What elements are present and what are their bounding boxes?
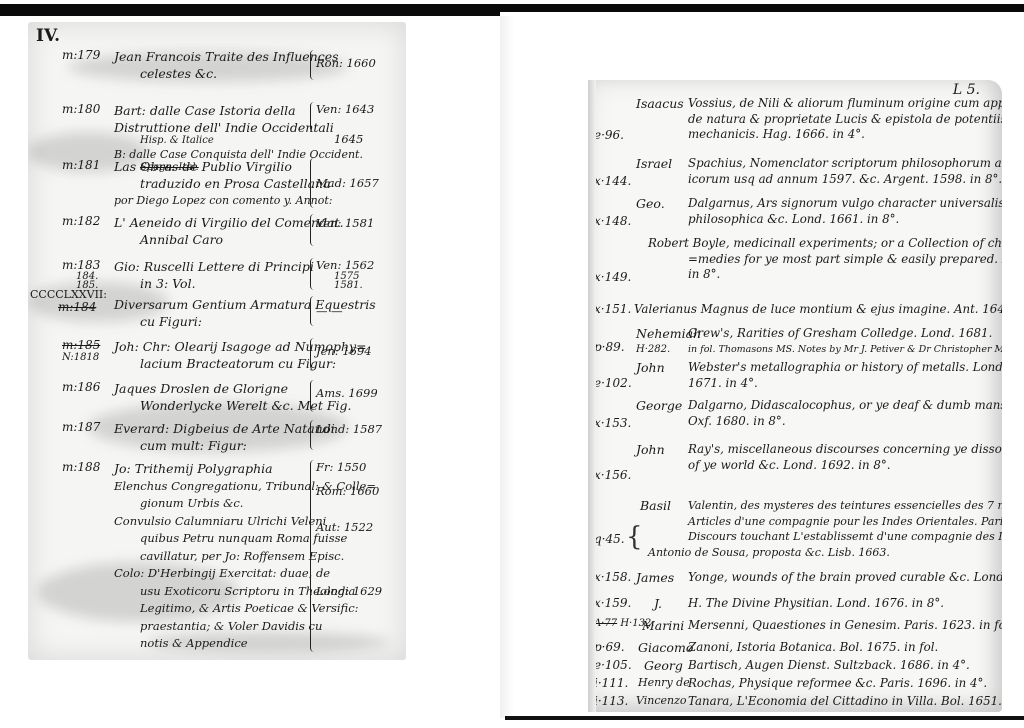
entry-title: Mersenni, Quaestiones in Genesim. Paris.… [688, 618, 998, 634]
entry-title: Grew's, Rarities of Gresham Colledge. Lo… [688, 326, 998, 357]
imprint: — — [316, 304, 343, 318]
scan-border-top-left [0, 4, 500, 16]
entry-title: Rochas, Physique reformee &c. Paris. 169… [688, 676, 998, 692]
entry-title: Vossius, de Nili & aliorum fluminum orig… [688, 96, 998, 143]
author-forename: John [636, 360, 665, 375]
entry-title: Jaques Droslen de Glorigne Wonderlycke W… [114, 380, 336, 414]
struck-shelfmark: A·77 [594, 618, 617, 629]
author-forename: Isaacus [636, 96, 684, 111]
folio-number: IV. [36, 26, 60, 46]
shelfmark: q·45. [594, 532, 625, 546]
author-name: Robert Boyle, [648, 236, 730, 250]
imprint: Ron: 1660 [316, 56, 376, 70]
imprint: Ven: 1643 [316, 102, 374, 116]
shelfmark: x·144. [594, 174, 631, 188]
shelfmark: x·148. [594, 214, 631, 228]
scan-border-bottom-right [505, 716, 1024, 720]
imprint: Lond: 1629 [316, 584, 382, 598]
shelfmark: x·149. [594, 270, 631, 284]
entry-title: Robert Boyle, medicinall experiments; or… [648, 236, 958, 283]
entry-title: Valerianus Magnus de luce montium & ejus… [634, 302, 944, 318]
shelfmark: x·153. [594, 416, 631, 430]
shelfmark: p·69. [594, 640, 625, 654]
entry-title: H. The Divine Physitian. Lond. 1676. in … [688, 596, 998, 612]
imprint: Mad: 1657 [316, 176, 379, 190]
author-forename: Vincenzo [636, 694, 687, 707]
shelfmark: m:185 [62, 338, 100, 352]
entry-title: Jean Francois Traite des Influences cele… [114, 48, 336, 82]
author-forename: Giacomo [638, 640, 693, 655]
shelfmark: i·111. [594, 676, 628, 690]
author-forename: Henry de [638, 676, 690, 689]
author-forename: Geo. [636, 196, 665, 211]
page-edge-shadow [588, 80, 596, 712]
shelfmark-secondary: H·282. [636, 344, 670, 355]
entry-title: Las Obras de Publio Virgilio traduzido e… [114, 158, 336, 209]
author-forename: Basil [640, 498, 671, 513]
shelfmark: m:181 [62, 158, 100, 172]
imprint: Aut: 1522 [316, 520, 373, 534]
author-forename: John [636, 442, 665, 457]
entry-title: Tanara, L'Economia del Cittadino in Vill… [688, 694, 998, 710]
shelfmark: i·113. [594, 694, 628, 708]
shelfmark: m:182 [62, 214, 100, 228]
shelfmark: x·158. [594, 570, 631, 584]
shelfmark: e·96. [594, 128, 624, 142]
entry-title: Dalgarnus, Ars signorum vulgo character … [688, 196, 998, 227]
entry-title: Jo: Trithemij Polygraphia Elenchus Congr… [114, 460, 336, 653]
shelfmark: m:179 [62, 48, 100, 62]
author-forename: Marini [642, 618, 684, 633]
entry-title: Diversarum Gentium Armatura Equestris cu… [114, 296, 336, 330]
scan-border-top-right [500, 4, 1024, 12]
struck-shelfmark: m:184 [58, 300, 96, 314]
imprint: Ams. 1699 [316, 386, 378, 400]
entry-title: Yonge, wounds of the brain proved curabl… [688, 570, 998, 586]
author-forename: Georg [644, 658, 683, 673]
imprint: Fr: 1550 [316, 460, 366, 474]
shelfmark: e·105. [594, 658, 632, 672]
entry-title: Gio: Ruscelli Lettere di Principi in 3: … [114, 258, 336, 292]
entry-title: Webster's metallographia or history of m… [688, 360, 998, 391]
imprint: 1645 [334, 132, 363, 146]
shelfmark: e·102. [594, 376, 632, 390]
entry-title: Spachius, Nomenclator scriptorum philoso… [688, 156, 998, 187]
author-forename: James [636, 570, 674, 585]
entry-title: Bartisch, Augen Dienst. Sultzback. 1686.… [688, 658, 998, 674]
entry-title: Joh: Chr: Olearij Isagoge ad Numophy= la… [114, 338, 336, 372]
author-name: Valerianus [634, 302, 697, 316]
imprint: Ven: 1581 [316, 216, 374, 230]
entry-title: Valentin, des mysteres des teintures ess… [688, 498, 998, 560]
shelfmark: m:186 [62, 380, 100, 394]
shelfmark: p·89. [594, 340, 625, 354]
shelfmark: m:188 [62, 460, 100, 474]
shelfmark: x·159. [594, 596, 631, 610]
shelfmark: m:180 [62, 102, 100, 116]
author-forename: J. [654, 596, 662, 611]
shelfmark: m:187 [62, 420, 100, 434]
entry-title: Everard: Digbeius de Arte Natandi cum mu… [114, 420, 336, 454]
right-page: L 5. Isaacus Vossius, de Nili & aliorum … [588, 80, 1002, 712]
imprint: Rom: 1660 [316, 484, 379, 498]
author-forename: Israel [636, 156, 672, 171]
entry-title: Dalgarno, Didascalocophus, or ye deaf & … [688, 398, 998, 429]
shelfmark: x·156. [594, 468, 631, 482]
book-gutter [500, 16, 514, 718]
entry-title: L' Aeneido di Virgilio del Comendat. Ann… [114, 214, 336, 248]
author-forename: George [636, 398, 682, 413]
entry-title: Zanoni, Istoria Botanica. Bol. 1675. in … [688, 640, 998, 656]
shelfmark: x·151. [594, 302, 631, 316]
shelfmark: m:183 [62, 258, 100, 272]
entry-title: Ray's, miscellaneous discourses concerni… [688, 442, 998, 473]
left-page: IV. m:179 Jean Francois Traite des Influ… [28, 22, 406, 660]
imprint: Lond: 1587 [316, 422, 382, 436]
imprint: Jen: 1694 [316, 344, 372, 358]
brace-icon: { [626, 522, 643, 552]
